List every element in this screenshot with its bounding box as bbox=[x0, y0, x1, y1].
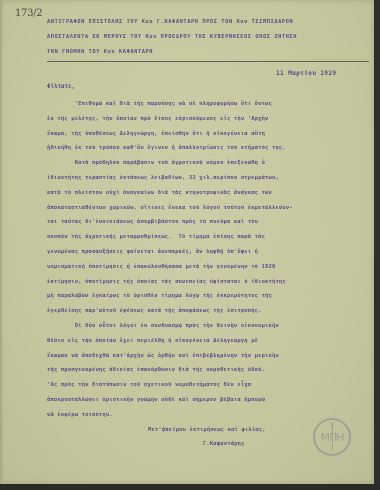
body-line: θέσιν εἰς τὴν ὁποίαν ἔχει περιέλθῃ ἡ οἰκ… bbox=[47, 334, 372, 349]
heading-line: ΑΠΟΣΤΑΛΕΝΤΑ ΕΚ ΜΕΡΟΥΣ ΤΟΥ Κου ΠΡΟΕΔΡΟΥ Τ… bbox=[47, 30, 367, 45]
salutation: Φίλτατε, bbox=[47, 84, 75, 90]
body-line: ἐγερθείσης παρ'αὐτοῦ ἐφέσεως κατὰ τῆς ἀπ… bbox=[47, 304, 372, 319]
body-line: ἰδιοκτήτης τεραστίας ἐκτάσεως λειβαδίων,… bbox=[47, 171, 372, 186]
body-line: ἔκαμαν νὰ ἀποδεχθῶ κατ'ἀρχὴν ὡς ὀρθὴν κα… bbox=[47, 349, 372, 364]
body-line: 'Επιθυμῶ καὶ διὰ τῆς παρούσης νὰ σὲ πληρ… bbox=[47, 97, 372, 112]
body-line: τῆς προσγενομένης ἀδικίας ἐπανόρθωσιν δι… bbox=[47, 363, 372, 378]
body-line: νομισματικὴ ὑποτίμησις ἡ ἐπακολουθήσασα … bbox=[47, 260, 372, 275]
body-line: ται ταύτας δι'ἐνοικιάσεως ἀσυμβιβάστου π… bbox=[47, 215, 372, 230]
document-heading: ΑΝΤΙΓΡΑΦΟΝ ΕΠΙΣΤΟΛΗΣ ΤΟΥ Κου Γ.ΚΑΦΑΝΤΑΡΗ… bbox=[47, 15, 367, 60]
body-line: γενομένας προσαυξήσεις φαίνεται ἀνεπαρκέ… bbox=[47, 245, 372, 260]
page-left-edge bbox=[0, 0, 2, 484]
body-line: ἐκτίμησιν, ὑποτίμησις τῆς ὁποίας τὰς συν… bbox=[47, 275, 372, 290]
body-line: ἐκ τῆς μελέτης, τὴν ὁποίαν πρὸ ἔτους εὑρ… bbox=[47, 112, 372, 127]
body-line: Κατὰ πρόδηλον παράβασιν τοῦ ἀγροτικοῦ νό… bbox=[47, 156, 372, 171]
stamp-top-letter: Ε bbox=[331, 422, 334, 429]
signature: Γ.Καφαντάρης bbox=[203, 441, 245, 447]
body-line: σκοπὸν τῆς ἀγροτικῆς μεταρρυθμίσεως. Τὸ … bbox=[47, 230, 372, 245]
body-line: ἠδικήθη ἐκ τοῦ τρόπου καθ'ὃν ἔγινεν ἡ ἀπ… bbox=[47, 141, 372, 156]
body-line: ἀποκρυσταλλώσει ὁριστικὴν γνώμην οὐδὲ κα… bbox=[47, 393, 372, 408]
body-line: Οἱ δύο οὗτοι λόγοι ἐν συνδυασμῷ πρὸς τὴν… bbox=[47, 319, 372, 334]
letter-closing: Μετ'ἀπείρου ἐκτιμήσεως καὶ φιλίας, bbox=[148, 427, 266, 433]
body-line: ἀποκαταστιαθέντων χωρικῶν, οἵτινες ἕνεκα… bbox=[47, 201, 372, 216]
body-line: κατὰ τὸ πλεῖστον οὐχὶ ἀναγκαίων διὰ τὰς … bbox=[47, 186, 372, 201]
heading-divider bbox=[47, 61, 369, 62]
scan-border-right bbox=[374, 0, 380, 490]
letter-date: 11 Μαρτίου 1929 bbox=[276, 70, 336, 77]
heading-line: ΑΝΤΙΓΡΑΦΟΝ ΕΠΙΣΤΟΛΗΣ ΤΟΥ Κου Γ.ΚΑΦΑΝΤΑΡΗ… bbox=[47, 15, 367, 30]
stamp-letters: ΜΠΗ bbox=[320, 431, 343, 444]
body-line: ἔκαμα, τῆς ὑποθέσεως Δεληγεώργη, ἐπείσθη… bbox=[47, 127, 372, 142]
body-line: 'Ως πρὸς τὴν διατύπωσιν τοῦ σχετικοῦ νομ… bbox=[47, 378, 372, 393]
archive-stamp-icon: Ε ΜΠΗ bbox=[313, 418, 351, 456]
body-line: μὴ παραλαβὼν ἐγκαίρως τὸ ὁρισθὲν τίμημα … bbox=[47, 289, 372, 304]
letter-body: 'Επιθυμῶ καὶ διὰ τῆς παρούσης νὰ σὲ πληρ… bbox=[47, 97, 372, 423]
document-page: 173/2 ΑΝΤΙΓΡΑΦΟΝ ΕΠΙΣΤΟΛΗΣ ΤΟΥ Κου Γ.ΚΑΦ… bbox=[0, 0, 374, 484]
scan-border-bottom bbox=[0, 484, 380, 490]
heading-line: ΤΗΝ ΓΝΩΜΗΝ ΤΟΥ Κου ΚΑΦΑΝΤΑΡΗ bbox=[47, 45, 367, 60]
archive-number: 173/2 bbox=[15, 8, 42, 19]
